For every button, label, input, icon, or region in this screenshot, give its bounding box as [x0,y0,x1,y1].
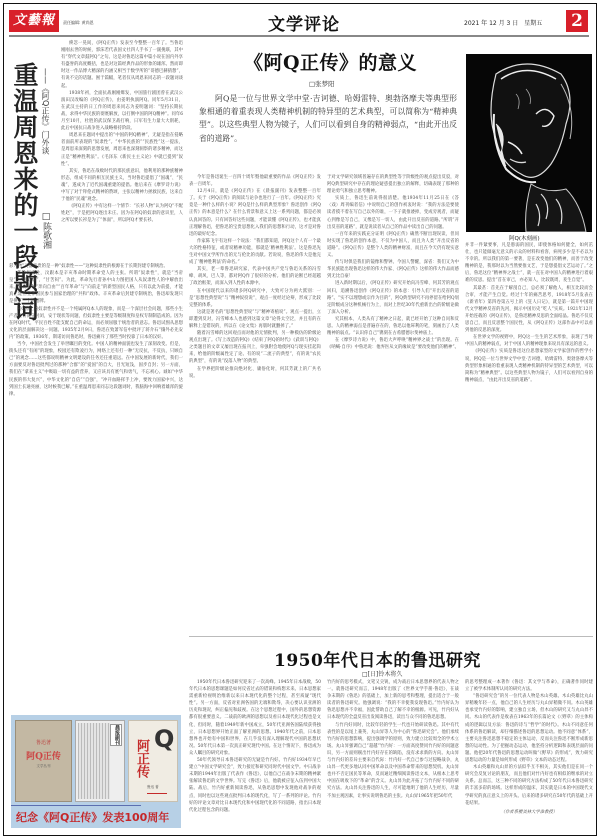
book-cover-2-title: 阿正传 [134,739,148,778]
paragraph: 倏忽一晃间，《阿Q正传》发表至今整整一百年了。当鲁迅刚刚去世的时候，郭沫若代表国… [61,40,183,90]
masthead: 文藝報 责任编辑: 黄尚恩 文学评论 2021 年 12 月 3 日 星期五 2 [4,4,595,38]
second-article-column-3: 的思考整理成一本著作《鲁迅：其文学与革命》，正确著作同时建立了被学术体制所认同的… [465,679,593,816]
paragraph: 当今，中国社会发生了举世瞩目的变化。中国人的精神面貌也发生了深刻改变。但是，街头… [9,341,183,398]
left-article-author: □陈歌湘 [41,212,51,249]
paragraph: “鲁迅研究会”的另一位代表人物是木山英雄。木山英雄比丸山昇稍晚年轻一点，他自己的… [465,693,593,764]
book-cover-2-bar [147,793,167,794]
author-note: （作者系樱美林大学准教授） [465,809,593,816]
book-cover-2-q: Q [154,725,174,753]
book-cover-1-subtitle: 文学丛刊 [16,764,71,769]
second-article-column-1: 1950年代日本鲁迅研究迎来了一次高峰。1945年日本战败，50年代日本的思想课… [189,679,321,814]
paragraph: 其最甚：首先在于解剖自己，总必须了解他人，相互比较而会合审，才能产生自觉。经过十… [465,285,593,335]
book-cover-2: Q 阿正传 鲁迅 著 [128,720,178,802]
paragraph: 作家陈飞宇有这样一个说法：“我们都知道，阿Q这个人有一个最大的性格特征，或者说精… [189,238,321,266]
newspaper-head: 晨报副刊 [110,724,122,746]
left-article-body-top: 倏忽一晃间，《阿Q正传》发表至今整整一百年了。当鲁迅刚刚去世的时候，郭沫若代表国… [61,40,183,224]
paragraph: 在《摩罗诗力说》中，鲁迅大声呼唤“精神界之战士”的出现。在《呐喊·自序》中鲁迅说… [327,337,459,351]
poster-caption: 纪念《阿Q正传》发表100周年 [16,809,169,825]
editor-credit: 责任编辑: 黄尚恩 [63,20,94,26]
left-article-subtitle: ——《阿Q正传》门外谈 [40,68,50,154]
newspaper-text-lines [78,723,110,799]
paragraph: 在世界文学的视野中，阿Q这一生生的艺术形象，表现了当时中国人的精神弱点，对于中国… [465,334,593,348]
second-article-author: □[日]铃木将久 [362,669,402,678]
paragraph: 这就是著名的“思想性典型说”与“精神寄植说”。观点一提出，立即遭到反对，冯雪峰本… [189,309,321,330]
poster-divider [11,805,141,806]
paragraph: 并非一件紧要事，凡是愚弱的国民，即使体格如何健全，如何茁壮，也只能做毫无意义的示… [465,242,593,285]
second-article-title: 1950年代日本的鲁迅研究 [274,646,481,671]
paragraph: 传与时俱是我们的镜像和警钟。今国人警醒，深省：我们又为中华民族能出现鲁迅这样的伟… [327,259,459,280]
paragraph: 竹内好的思考模式，文笔又尖锐，成为战后日本思想界的代表人物之一。就鲁迅研究而言，… [327,679,459,722]
illustration-caption: 阿Q(木刻画) [509,234,540,242]
paragraph: 《阿Q正传》中有这样一个情节：“长衫人物”认为阿Q“不配姓赵”，于是把阿Q逐出未… [61,203,183,224]
commemorative-poster: 鲁迅著 阿Q正传 文学丛刊 晨报副刊 Q 阿正传 鲁迅 著 纪念《阿Q正传》发表… [11,715,181,828]
newspaper-logo[interactable]: 文藝報 [9,10,59,32]
paragraph: 1950年代日本鲁迅研究迎来了一次高峰。1945年日本战败，50年代日本的思想课… [189,679,321,757]
paragraph: 于对文学研究领域普遍存在的典型性等于阶级性的观点提出反驳，对阿Q典型研究中存在的… [327,174,459,195]
paragraph: 1938年初，全面抗战刚刚爆发，中国旅行剧团曾在武汉公演田汉改编的《阿Q正传》，… [61,90,183,133]
newspaper-page: 文藝報 责任编辑: 黄尚恩 文学评论 2021 年 12 月 3 日 星期五 2… [3,3,597,836]
masthead-divider [9,35,589,37]
section-title: 文学评论 [268,10,340,35]
second-article-column-2: 竹内好的思考模式，文笔又尖锐，成为战后日本思想界的代表人物之一。就鲁迅研究而言，… [327,679,459,800]
paragraph: 一百年来的实践充分证明《阿Q正传》确然不断出现误读，但同时实现了鲁迅的创作本意，… [327,231,459,259]
paragraph: 今年是鲁迅诞生一百四十周年暨他最重要的作品《阿Q正传》发表一百周年。 [189,174,321,188]
paragraph: 随着冯雪峰的这回观点而对他的无情批判，另一种模仿的阶级论观点出现了。《写上改造的… [189,330,321,365]
paragraph: 周恩来在题词中提出的“中国的阿Q精神”，无疑是指在侵略者面前所表现的“奴隶性”。… [61,132,183,167]
paragraph: 实质上，鲁迅生前说得很清楚。他1934年11月25日在《答〈戏〉周刊编者信》中说… [327,195,459,230]
paragraph: 阿Q身上的奴隶性并不是一个纯属阿Q本人的现象，而是一个深层社会问题，那些小生产者… [9,306,183,341]
paragraph: 究其根本，人类从有了精神之日起，就已经开始了这种自问和反思。人的精神弱点是普遍存… [327,316,459,337]
main-article-lead: 阿Q是一位与世界文学中堂·吉诃德、哈姆雷特、奥勃洛摩夫等典型形象相通的着重表现人… [199,92,457,145]
book-cover-1-title: 阿Q正传 [16,749,71,762]
main-article-column-1: 今年是鲁迅诞生一百四十周年暨他最重要的作品《阿Q正传》发表一百周年。 12月4日… [189,174,321,380]
paragraph: 在中国现代以来的诸多阿Q研究中，大致可分为两大派别：一是“思想性典型说”与“精神… [189,288,321,309]
left-article-body-bottom: 彩人物”又都高贵的是一种“奴隶性——”这种奴隶性的根源在于长期封建专制统治。 革… [9,263,183,398]
main-article-author: □张梦阳 [309,79,335,88]
paragraph: 进入新时期以后，《阿Q正传》研究开始向冯雪峰、何其芳的观点回归，追溯鲁迅创作《阿… [327,280,459,315]
main-article-column-3: 并非一件紧要事，凡是愚弱的国民，即使体格如何健全，如何茁壮，也只能做毫无意义的示… [465,242,593,384]
issue-date: 2021 年 12 月 3 日 星期五 [464,18,542,27]
paragraph: 其实，鲁迅在战败时代的那民族意识，他利用的那种族精神形态，组成不同的相互民族主义… [61,168,183,203]
paragraph: 革除奴隶性，汶跟本是辛亥革命时期革命党人的主张。所谓“奴隶性”，就是“当帝皇”，… [9,270,183,305]
article-separator [189,636,593,637]
paragraph: 与竹内好同时，比较年轻的学生一代也开始研读鲁迅。其中有代表性的是以尾上兼英、丸山… [327,722,459,800]
paragraph: 其实，老一辈鲁迅研究家，代表中国共产党与鲁迅关系的冯雪峰、胡风、巴人等，都对阿Q… [189,266,321,287]
paragraph: 在学界把阶级论推向绝对化、庸俗化时，何其芳就上的广共名说。 [189,366,321,380]
paragraph: 彩人物”又都高贵的是一种“奴隶性——”这种奴隶性的根源在于长期封建专制统治。 [9,263,183,270]
paragraph: 《阿Q正传》实质是鲁迅这位思想家型的文学家创作的哲学小说，阿Q是一位与世界文学中… [465,348,593,383]
main-article-column-2: 于对文学研究领域普遍存在的典型性等于阶级性的观点提出反驳，对阿Q典型研究中存在的… [327,174,459,351]
page-number-badge: 2 [566,10,588,32]
book-cover-2-author: 鲁迅 著 [147,785,159,790]
paragraph: 12月4日，就是《阿Q正传》在《晨报副刊》发表整整一百年了。关于《阿Q正传》的阅… [189,188,321,238]
paragraph: 的思考整理成一本著作《鲁迅：其文学与革命》，正确著作同时建立了被学术体制所认同的… [465,679,593,693]
newspaper-clipping-image: 晨报副刊 [75,720,125,802]
main-article-title: 《阿Q正传》的意义 [244,48,417,75]
book-cover-1-author: 鲁迅著 [16,739,71,746]
woodcut-illustration [466,54,592,232]
ah-q-woodcut-image [466,54,592,232]
book-cover-1: 鲁迅著 阿Q正传 文学丛刊 [15,720,72,802]
paragraph: 木山英雄和丸山昇的方法似乎互不相关，其实他们是在同一个研究会反复讨论的朋友，而且… [465,764,593,807]
left-article: 重温周恩来的一段题词 ——《阿Q正传》门外谈 □陈歌湘 倏忽一晃间，《阿Q正传》… [9,40,183,690]
paragraph: 50年代领导日本鲁迅研究的无疑是竹内好。竹内好1934年早已建立“中国文学研究会… [189,757,321,814]
